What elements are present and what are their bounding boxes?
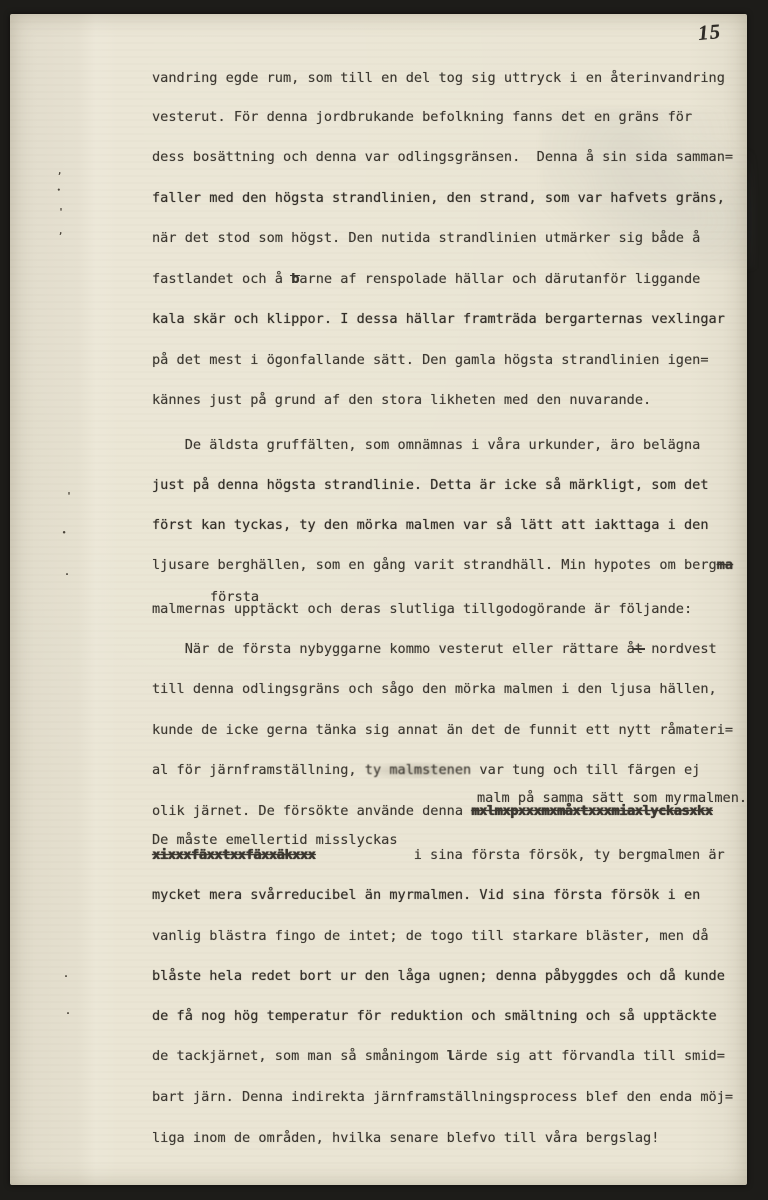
text-segment: b	[291, 271, 299, 287]
text-segment: på det mest i ögonfallande sätt. Den gam…	[152, 352, 709, 368]
text-line: när det stod som högst. Den nutida stran…	[152, 230, 700, 247]
text-segment: kännes just på grund af den stora likhet…	[152, 392, 651, 408]
text-segment: ty malmstenen	[365, 762, 471, 778]
text-segment: vanlig blästra fingo de intet; de togo t…	[152, 928, 709, 944]
text-segment: t	[635, 641, 643, 657]
margin-mark: '	[58, 208, 64, 218]
text-segment: fastlandet och å	[152, 271, 291, 287]
text-line: ljusare berghällen, som en gång varit st…	[152, 557, 733, 574]
text-segment: När de första nybyggarne kommo vesterut …	[152, 641, 635, 657]
text-line: de få nog hög temperatur för reduktion o…	[152, 1008, 717, 1025]
text-segment: de få nog hög temperatur för reduktion o…	[152, 1008, 717, 1024]
text-line: vanlig blästra fingo de intet; de togo t…	[152, 928, 709, 945]
text-line: dess bosättning och denna var odlingsgrä…	[152, 149, 733, 166]
margin-mark: .	[65, 1007, 71, 1017]
text-segment: vesterut. För denna jordbrukande befolkn…	[152, 109, 692, 125]
text-line: just på denna högsta strandlinie. Detta …	[152, 477, 709, 494]
margin-mark: .	[64, 568, 70, 578]
text-segment: mycket mera svårreducibel än myrmalmen. …	[152, 887, 700, 903]
text-segment: när det stod som högst. Den nutida stran…	[152, 230, 700, 246]
text-layer: vandring egde rum, som till en del tog s…	[10, 14, 747, 1185]
text-line: bart järn. Denna indirekta järnframställ…	[152, 1089, 733, 1106]
text-segment: först kan tyckas, ty den mörka malmen va…	[152, 517, 709, 533]
text-segment: ärde sig att förvandla till smid=	[455, 1048, 725, 1064]
text-line: De äldsta gruffälten, som omnämnas i vår…	[152, 437, 700, 454]
margin-mark: •	[62, 530, 66, 537]
text-line: blåste hela redet bort ur den låga ugnen…	[152, 968, 725, 985]
text-line: mycket mera svårreducibel än myrmalmen. …	[152, 887, 700, 904]
text-line: fastlandet och å barne af renspolade häl…	[152, 271, 700, 288]
text-segment: malmernas upptäckt och deras slutliga ti…	[152, 601, 692, 617]
text-line: olik järnet. De försökte använde denna m…	[152, 803, 713, 820]
text-segment: var tung och till färgen ej	[471, 762, 700, 778]
margin-mark: ,	[58, 228, 63, 237]
text-line: de tackjärnet, som man så småningom lärd…	[152, 1048, 725, 1065]
text-segment: olik järnet. De försökte använde denna	[152, 803, 471, 819]
text-line: kala skär och klippor. I dessa hällar fr…	[152, 311, 725, 328]
text-line: först kan tyckas, ty den mörka malmen va…	[152, 517, 709, 534]
text-segment: ma	[717, 557, 733, 573]
text-segment: xixxxfäxxtxxfäxxäkxxx	[152, 847, 315, 863]
text-segment: dess bosättning och denna var odlingsgrä…	[152, 149, 733, 165]
text-segment: liga inom de områden, hvilka senare blef…	[152, 1130, 651, 1146]
text-segment: arne af renspolade hällar och därutanför…	[299, 271, 700, 287]
text-line: al för järnframställning, ty malmstenen …	[152, 762, 700, 779]
text-segment: al för järnframställning,	[152, 762, 365, 778]
text-segment: ljusare berghällen, som en gång varit st…	[152, 557, 717, 573]
scanned-page-background: 15 vandring egde rum, som till en del to…	[0, 0, 768, 1200]
text-segment: mxlmxpxxxmxmåxtxxxmiaxlyckasxkx	[471, 803, 712, 819]
margin-mark: •	[57, 188, 61, 194]
text-segment: !	[651, 1130, 659, 1146]
text-segment: De måste emellertid misslyckas	[152, 832, 398, 848]
document-page: 15 vandring egde rum, som till en del to…	[10, 14, 747, 1185]
text-segment: bart järn. Denna indirekta järnframställ…	[152, 1089, 733, 1105]
text-line: vandring egde rum, som till en del tog s…	[152, 70, 725, 87]
text-segment: vandring egde rum, som till en del tog s…	[152, 70, 725, 86]
text-segment: l	[447, 1048, 455, 1064]
text-line: till denna odlingsgräns och sågo den mör…	[152, 681, 717, 698]
text-line: kännes just på grund af den stora likhet…	[152, 392, 651, 409]
text-segment: kunde de icke gerna tänka sig annat än d…	[152, 722, 733, 738]
text-segment	[315, 847, 413, 863]
text-segment: nordvest	[643, 641, 717, 657]
text-segment: de tackjärnet, som man så småningom	[152, 1048, 447, 1064]
text-segment: i sina första försök, ty bergmalmen är	[414, 847, 725, 863]
text-line: på det mest i ögonfallande sätt. Den gam…	[152, 352, 709, 369]
text-line: liga inom de områden, hvilka senare blef…	[152, 1130, 659, 1147]
text-line: kunde de icke gerna tänka sig annat än d…	[152, 722, 733, 739]
text-segment: faller med den högsta strandlinien, den …	[152, 190, 725, 206]
text-line: faller med den högsta strandlinien, den …	[152, 190, 725, 207]
text-segment: till denna odlingsgräns och sågo den mör…	[152, 681, 717, 697]
text-segment: blåste hela redet bort ur den låga ugnen…	[152, 968, 725, 984]
margin-mark: .	[63, 970, 69, 980]
text-line: När de första nybyggarne kommo vesterut …	[152, 641, 717, 658]
text-segment: just på denna högsta strandlinie. Detta …	[152, 477, 709, 493]
margin-mark: ,	[57, 168, 62, 177]
margin-mark: '	[66, 492, 72, 502]
text-segment: De äldsta gruffälten, som omnämnas i vår…	[152, 437, 700, 453]
text-line: vesterut. För denna jordbrukande befolkn…	[152, 109, 692, 126]
text-line: malmernas upptäckt och deras slutliga ti…	[152, 601, 692, 618]
text-segment: kala skär och klippor. I dessa hällar fr…	[152, 311, 725, 327]
text-line: xixxxfäxxtxxfäxxäkxxx i sina första förs…	[152, 847, 725, 864]
